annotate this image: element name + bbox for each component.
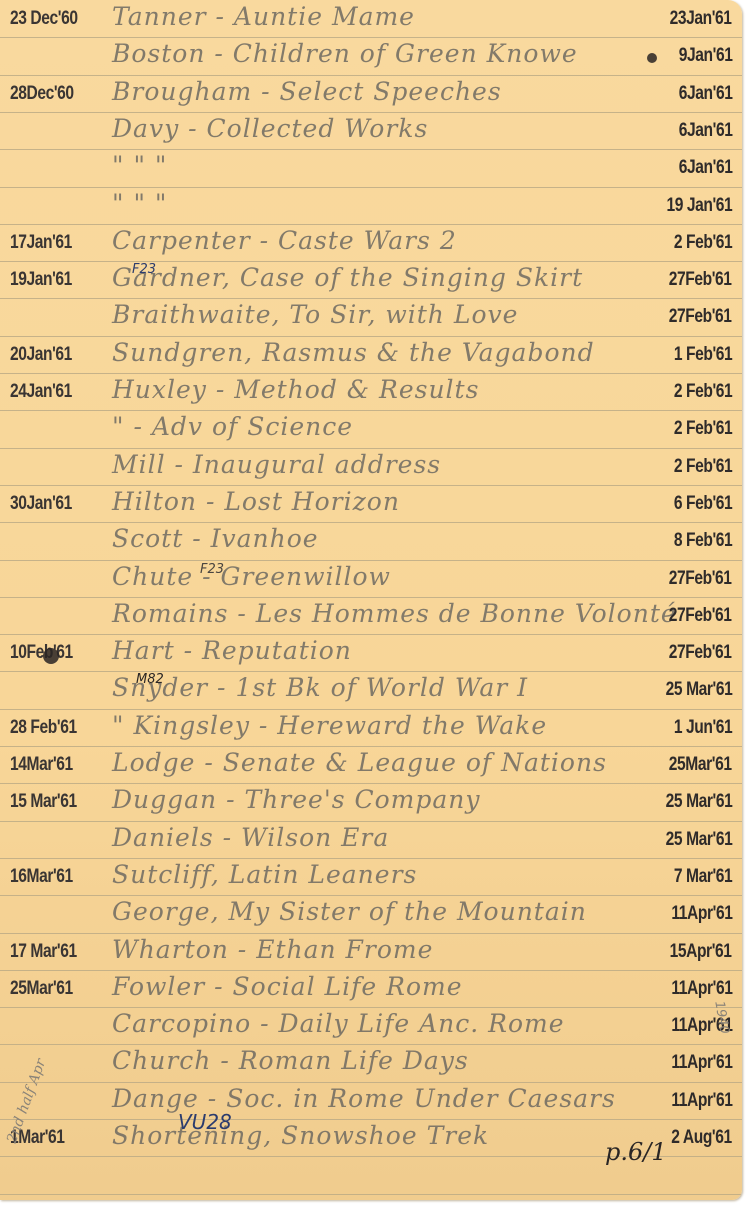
date-due-stamp: 9Jan'61 (678, 45, 732, 67)
book-title-handwritten: " " " (112, 189, 167, 218)
date-due-stamp: 27Feb'61 (669, 306, 732, 328)
ledger-row: 14Mar'61Lodge - Senate & League of Natio… (0, 746, 742, 783)
date-out-stamp: 30Jan'61 (10, 493, 72, 515)
ledger-row: Carcopino - Daily Life Anc. Rome11Apr'61 (0, 1007, 742, 1044)
book-title-handwritten: Tanner - Auntie Mame (112, 2, 415, 31)
ledger-row: George, My Sister of the Mountain11Apr'6… (0, 895, 742, 932)
date-due-stamp: 1 Feb'61 (674, 344, 732, 366)
date-due-stamp: 2 Feb'61 (674, 381, 732, 403)
annotation-vu28: VU28 (178, 1110, 232, 1134)
ledger-row: Boston - Children of Green Knowe9Jan'61 (0, 37, 742, 74)
book-title-handwritten: Wharton - Ethan Frome (112, 935, 433, 964)
book-title-handwritten: Carpenter - Caste Wars 2 (112, 226, 457, 255)
date-out-stamp: 17 Mar'61 (10, 941, 77, 963)
date-out-stamp: 15 Mar'61 (10, 791, 77, 813)
ledger-row: Chute - Greenwillow27Feb'61 (0, 560, 742, 597)
ledger-row: 23 Dec'60Tanner - Auntie Mame23Jan'61 (0, 0, 742, 37)
date-out-stamp: 14Mar'61 (10, 754, 73, 776)
date-out-stamp: 16Mar'61 (10, 866, 73, 888)
date-due-stamp: 2 Aug'61 (672, 1127, 732, 1149)
date-due-stamp: 6Jan'61 (678, 157, 732, 179)
ledger-row: Davy - Collected Works6Jan'61 (0, 112, 742, 149)
book-title-handwritten: " Kingsley - Hereward the Wake (112, 711, 547, 740)
ledger-row: " " "6Jan'61 (0, 149, 742, 186)
date-due-stamp: 2 Feb'61 (674, 456, 732, 478)
book-title-handwritten: Duggan - Three's Company (112, 785, 480, 814)
ledger-row: 17Jan'61Carpenter - Caste Wars 22 Feb'61 (0, 224, 742, 261)
book-title-handwritten: Gardner, Case of the Singing Skirt (112, 263, 583, 292)
book-title-handwritten: " " " (112, 151, 167, 180)
ledger-row: Church - Roman Life Days11Apr'61 (0, 1044, 742, 1081)
date-out-stamp: 25Mar'61 (10, 978, 73, 1000)
book-title-handwritten: Boston - Children of Green Knowe (112, 39, 578, 68)
book-title-handwritten: " - Adv of Science (112, 412, 353, 441)
date-due-stamp: 6Jan'61 (678, 120, 732, 142)
ledger-row: 16Mar'61Sutcliff, Latin Leaners7 Mar'61 (0, 858, 742, 895)
book-title-handwritten: Braithwaite, To Sir, with Love (112, 300, 518, 329)
ledger-row: 15 Mar'61Duggan - Three's Company25 Mar'… (0, 783, 742, 820)
annotation-f23-b: F23 (200, 562, 224, 577)
date-due-stamp: 27Feb'61 (669, 568, 732, 590)
date-due-stamp: 6 Feb'61 (674, 493, 732, 515)
date-due-stamp: 7 Mar'61 (674, 866, 732, 888)
book-title-handwritten: Hart - Reputation (112, 636, 352, 665)
ledger-row: 28 Feb'61" Kingsley - Hereward the Wake1… (0, 709, 742, 746)
book-title-handwritten: Huxley - Method & Results (112, 375, 479, 404)
ledger-row: 28Dec'60Brougham - Select Speeches6Jan'6… (0, 75, 742, 112)
book-title-handwritten: Lodge - Senate & League of Nations (112, 748, 607, 777)
book-title-handwritten: Fowler - Social Life Rome (112, 972, 463, 1001)
ink-blot (43, 648, 59, 664)
ledger-row: " " "19 Jan'61 (0, 187, 742, 224)
book-title-handwritten: Church - Roman Life Days (112, 1046, 469, 1075)
ruled-line (0, 1194, 742, 1195)
book-title-handwritten: Scott - Ivanhoe (112, 524, 319, 553)
ledger-row: 25Mar'61Fowler - Social Life Rome11Apr'6… (0, 970, 742, 1007)
date-due-stamp: 25 Mar'61 (665, 679, 732, 701)
book-title-handwritten: Mill - Inaugural address (112, 450, 441, 479)
date-due-stamp: 27Feb'61 (669, 605, 732, 627)
annotation-m82: M82 (136, 672, 164, 687)
date-due-stamp: 6Jan'61 (678, 83, 732, 105)
page-reference: p.6/1 (605, 1138, 667, 1166)
ledger-row: Scott - Ivanhoe8 Feb'61 (0, 522, 742, 559)
date-due-stamp: 11Apr'61 (671, 1052, 732, 1074)
date-due-stamp: 15Apr'61 (670, 941, 732, 963)
annotation-f23-a: F23 (132, 262, 156, 277)
book-title-handwritten: Chute - Greenwillow (112, 562, 391, 591)
ledger-row: Dange - Soc. in Rome Under Caesars11Apr'… (0, 1082, 742, 1119)
book-title-handwritten: Davy - Collected Works (112, 114, 428, 143)
book-title-handwritten: Dange - Soc. in Rome Under Caesars (112, 1084, 616, 1113)
book-title-handwritten: Sutcliff, Latin Leaners (112, 860, 417, 889)
date-out-stamp: 10Feb'61 (10, 642, 73, 664)
ledger-row: Mill - Inaugural address2 Feb'61 (0, 448, 742, 485)
ledger-row: " - Adv of Science2 Feb'61 (0, 410, 742, 447)
library-card: 23 Dec'60Tanner - Auntie Mame23Jan'61Bos… (0, 0, 742, 1200)
book-title-handwritten: George, My Sister of the Mountain (112, 897, 587, 926)
date-due-stamp: 11Apr'61 (671, 1090, 732, 1112)
book-title-handwritten: Romains - Les Hommes de Bonne Volonté (112, 599, 677, 628)
date-due-stamp: 1 Jun'61 (674, 717, 732, 739)
date-out-stamp: 28Dec'60 (10, 83, 74, 105)
date-due-stamp: 25Mar'61 (669, 754, 732, 776)
ledger-row: 24Jan'61Huxley - Method & Results2 Feb'6… (0, 373, 742, 410)
date-out-stamp: 19Jan'61 (10, 269, 72, 291)
ink-blot (647, 53, 657, 63)
ledger-row: 17 Mar'61Wharton - Ethan Frome15Apr'61 (0, 933, 742, 970)
date-due-stamp: 25 Mar'61 (665, 829, 732, 851)
ledger-row: Romains - Les Hommes de Bonne Volonté27F… (0, 597, 742, 634)
book-title-handwritten: Sundgren, Rasmus & the Vagabond (112, 338, 595, 367)
book-title-handwritten: Shortening, Snowshoe Trek (112, 1121, 489, 1150)
ledger-row: 20Jan'61Sundgren, Rasmus & the Vagabond1… (0, 336, 742, 373)
book-title-handwritten: Brougham - Select Speeches (112, 77, 502, 106)
ledger-row: 30Jan'61Hilton - Lost Horizon6 Feb'61 (0, 485, 742, 522)
date-due-stamp: 8 Feb'61 (674, 530, 732, 552)
date-due-stamp: 27Feb'61 (669, 642, 732, 664)
book-title-handwritten: Hilton - Lost Horizon (112, 487, 400, 516)
date-due-stamp: 11Apr'61 (671, 903, 732, 925)
book-title-handwritten: Daniels - Wilson Era (112, 823, 389, 852)
date-due-stamp: 2 Feb'61 (674, 232, 732, 254)
ledger-row: Snyder - 1st Bk of World War I25 Mar'61 (0, 671, 742, 708)
date-due-stamp: 25 Mar'61 (665, 791, 732, 813)
ledger-row: Braithwaite, To Sir, with Love27Feb'61 (0, 298, 742, 335)
date-out-stamp: 20Jan'61 (10, 344, 72, 366)
date-out-stamp: 28 Feb'61 (10, 717, 77, 739)
date-out-stamp: 24Jan'61 (10, 381, 72, 403)
book-title-handwritten: Carcopino - Daily Life Anc. Rome (112, 1009, 565, 1038)
ledger-row: 19Jan'61Gardner, Case of the Singing Ski… (0, 261, 742, 298)
date-due-stamp: 2 Feb'61 (674, 418, 732, 440)
ledger-row: 10Feb'61Hart - Reputation27Feb'61 (0, 634, 742, 671)
date-due-stamp: 27Feb'61 (669, 269, 732, 291)
date-out-stamp: 23 Dec'60 (10, 8, 78, 30)
ledger-row: Daniels - Wilson Era25 Mar'61 (0, 821, 742, 858)
date-due-stamp: 11Apr'61 (671, 978, 732, 1000)
book-title-handwritten: Snyder - 1st Bk of World War I (112, 673, 528, 702)
date-due-stamp: 19 Jan'61 (666, 195, 732, 217)
date-out-stamp: 17Jan'61 (10, 232, 72, 254)
date-due-stamp: 23Jan'61 (670, 8, 732, 30)
